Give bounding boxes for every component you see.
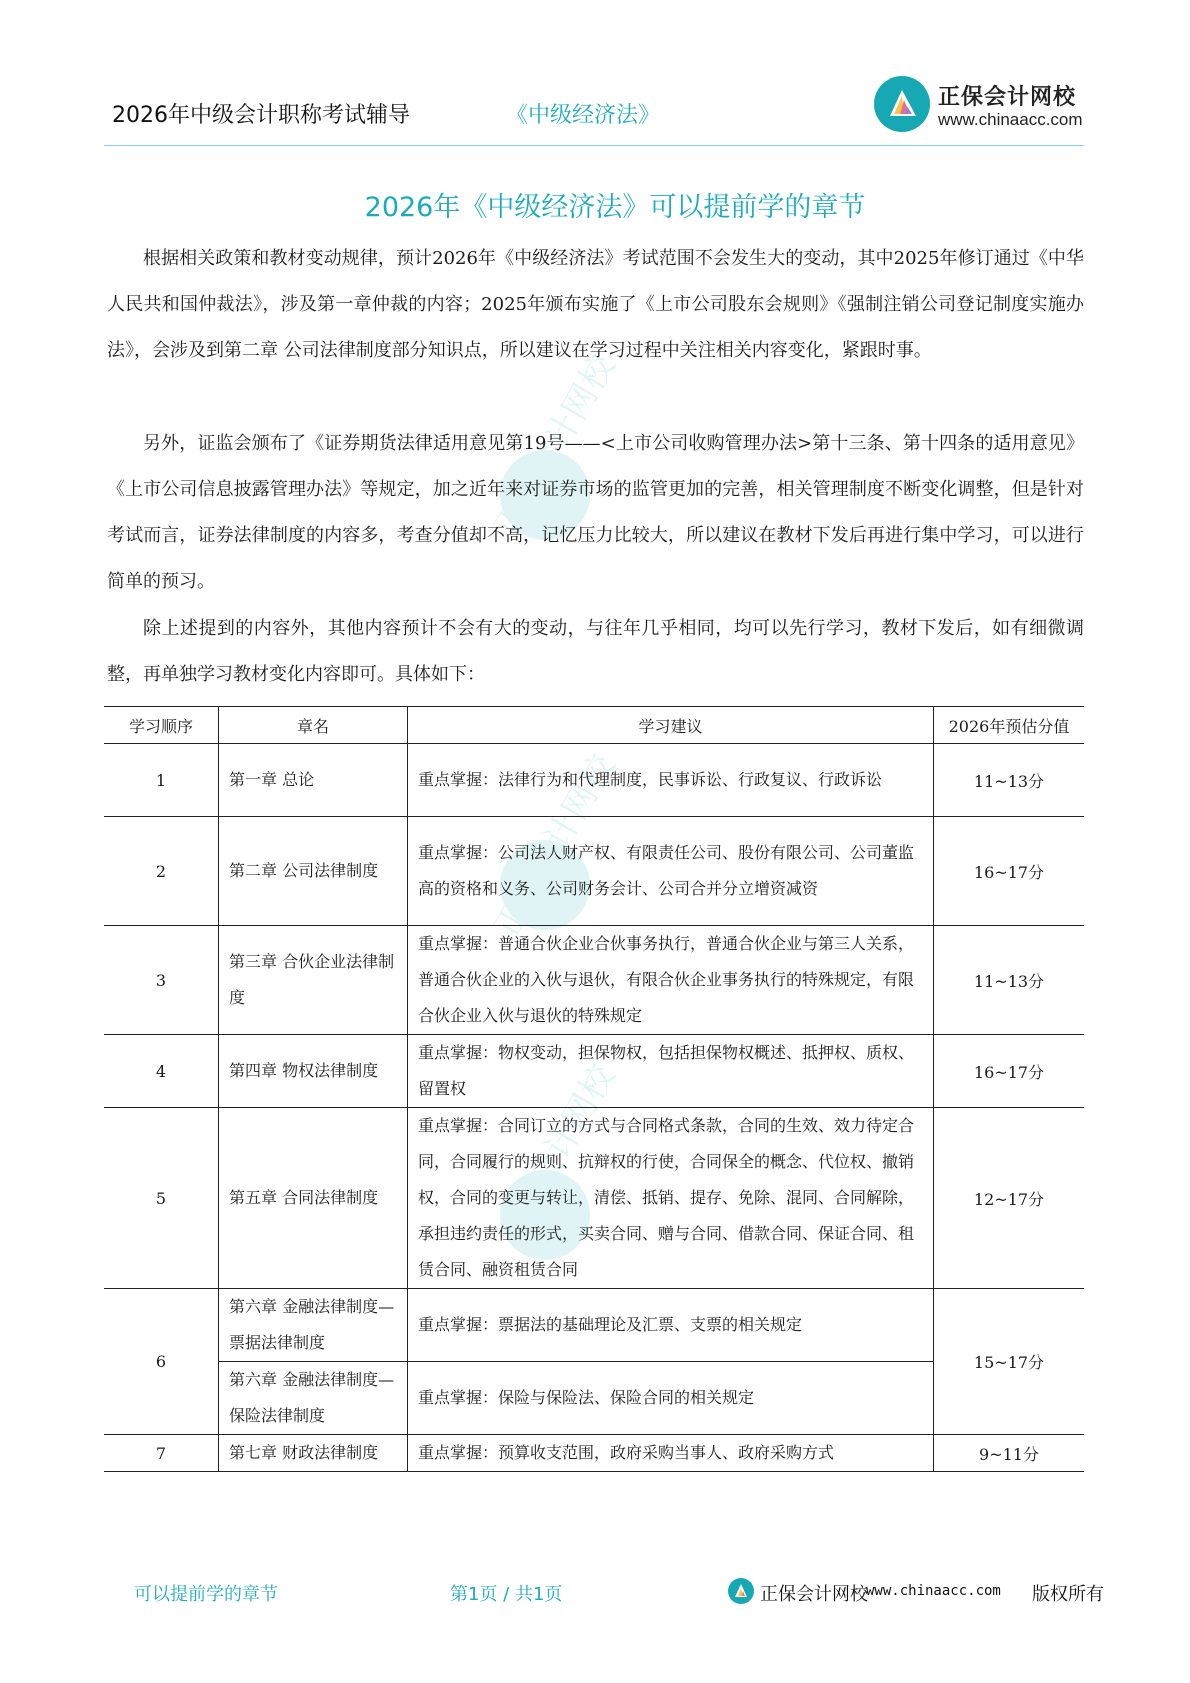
cell-advice: 重点掌握：票据法的基础理论及汇票、支票的相关规定 bbox=[408, 1289, 934, 1362]
header-divider bbox=[104, 145, 1084, 146]
cell-advice: 重点掌握：公司法人财产权、有限责任公司、股份有限公司、公司董监高的资格和义务、公… bbox=[408, 817, 934, 926]
cell-score: 11~13分 bbox=[934, 926, 1085, 1035]
cell-order: 7 bbox=[104, 1435, 219, 1472]
footer-brand: 正保会计网校 bbox=[760, 1580, 868, 1606]
logo-url: www.chinaacc.com bbox=[938, 110, 1083, 130]
document-title: 2026年《中级经济法》可以提前学的章节 bbox=[0, 185, 1190, 224]
footer-page-info: 第1页 / 共1页 bbox=[450, 1580, 562, 1606]
cell-advice: 重点掌握：物权变动，担保物权，包括担保物权概述、抵押权、质权、留置权 bbox=[408, 1035, 934, 1108]
footer-url[interactable]: www.chinaacc.com bbox=[866, 1583, 1001, 1599]
logo-brand-name: 正保会计网校 bbox=[938, 80, 1076, 111]
page-footer: 可以提前学的章节 第1页 / 共1页 正保会计网校 www.chinaacc.c… bbox=[0, 1578, 1190, 1608]
header-order: 学习顺序 bbox=[104, 707, 219, 744]
page-header: 2026年中级会计职称考试辅导 《中级经济法》 正保会计网校 www.china… bbox=[104, 70, 1082, 144]
table-row: 2 第二章 公司法律制度 重点掌握：公司法人财产权、有限责任公司、股份有限公司、… bbox=[104, 817, 1084, 926]
table-row: 6 第六章 金融法律制度—票据法律制度 重点掌握：票据法的基础理论及汇票、支票的… bbox=[104, 1289, 1084, 1362]
cell-score: 11~13分 bbox=[934, 744, 1085, 817]
cell-order: 6 bbox=[104, 1289, 219, 1435]
table-row: 3 第三章 合伙企业法律制度 重点掌握：普通合伙企业合伙事务执行，普通合伙企业与… bbox=[104, 926, 1084, 1035]
cell-advice: 重点掌握：法律行为和代理制度，民事诉讼、行政复议、行政诉讼 bbox=[408, 744, 934, 817]
cell-score: 16~17分 bbox=[934, 817, 1085, 926]
header-score: 2026年预估分值 bbox=[934, 707, 1085, 744]
cell-chapter: 第一章 总论 bbox=[219, 744, 408, 817]
cell-advice: 重点掌握：预算收支范围，政府采购当事人、政府采购方式 bbox=[408, 1435, 934, 1472]
header-chapter: 章名 bbox=[219, 707, 408, 744]
cell-advice: 重点掌握：普通合伙企业合伙事务执行，普通合伙企业与第三人关系，普通合伙企业的入伙… bbox=[408, 926, 934, 1035]
footer-copyright: 版权所有 bbox=[1032, 1580, 1104, 1606]
chinaacc-logo-icon bbox=[874, 76, 930, 132]
cell-advice: 重点掌握：合同订立的方式与合同格式条款，合同的生效、效力待定合同，合同履行的规则… bbox=[408, 1108, 934, 1289]
table-header-row: 学习顺序 章名 学习建议 2026年预估分值 bbox=[104, 707, 1084, 744]
paragraph-text: 根据相关政策和教材变动规律，预计2026年《中级经济法》考试范围不会发生大的变动… bbox=[107, 236, 1084, 374]
cell-chapter: 第二章 公司法律制度 bbox=[219, 817, 408, 926]
table-row: 5 第五章 合同法律制度 重点掌握：合同订立的方式与合同格式条款，合同的生效、效… bbox=[104, 1108, 1084, 1289]
study-plan-table: 学习顺序 章名 学习建议 2026年预估分值 1 第一章 总论 重点掌握：法律行… bbox=[104, 706, 1084, 1472]
cell-order: 1 bbox=[104, 744, 219, 817]
cell-chapter: 第六章 金融法律制度—保险法律制度 bbox=[219, 1362, 408, 1435]
table-row: 1 第一章 总论 重点掌握：法律行为和代理制度，民事诉讼、行政复议、行政诉讼 1… bbox=[104, 744, 1084, 817]
cell-advice: 重点掌握：保险与保险法、保险合同的相关规定 bbox=[408, 1362, 934, 1435]
cell-chapter: 第七章 财政法律制度 bbox=[219, 1435, 408, 1472]
header-course-title: 2026年中级会计职称考试辅导 bbox=[112, 98, 410, 129]
header-subject: 《中级经济法》 bbox=[506, 98, 660, 129]
footer-section-title: 可以提前学的章节 bbox=[134, 1580, 278, 1606]
cell-score: 16~17分 bbox=[934, 1035, 1085, 1108]
cell-chapter: 第三章 合伙企业法律制度 bbox=[219, 926, 408, 1035]
cell-score: 9~11分 bbox=[934, 1435, 1085, 1472]
cell-order: 2 bbox=[104, 817, 219, 926]
cell-order: 4 bbox=[104, 1035, 219, 1108]
table-row: 4 第四章 物权法律制度 重点掌握：物权变动，担保物权，包括担保物权概述、抵押权… bbox=[104, 1035, 1084, 1108]
intro-paragraph-1: 根据相关政策和教材变动规律，预计2026年《中级经济法》考试范围不会发生大的变动… bbox=[107, 236, 1084, 374]
cell-chapter: 第五章 合同法律制度 bbox=[219, 1108, 408, 1289]
cell-score: 15~17分 bbox=[934, 1289, 1085, 1435]
cell-score: 12~17分 bbox=[934, 1108, 1085, 1289]
chinaacc-logo-icon bbox=[728, 1578, 754, 1604]
cell-order: 3 bbox=[104, 926, 219, 1035]
paragraph-text: 除上述提到的内容外，其他内容预计不会有大的变动，与往年几乎相同，均可以先行学习，… bbox=[107, 606, 1084, 698]
cell-chapter: 第六章 金融法律制度—票据法律制度 bbox=[219, 1289, 408, 1362]
cell-order: 5 bbox=[104, 1108, 219, 1289]
cell-chapter: 第四章 物权法律制度 bbox=[219, 1035, 408, 1108]
header-advice: 学习建议 bbox=[408, 707, 934, 744]
table-row: 7 第七章 财政法律制度 重点掌握：预算收支范围，政府采购当事人、政府采购方式 … bbox=[104, 1435, 1084, 1472]
paragraph-text: 另外，证监会颁布了《证券期货法律适用意见第19号——<上市公司收购管理办法>第十… bbox=[107, 421, 1084, 605]
intro-paragraph-2: 另外，证监会颁布了《证券期货法律适用意见第19号——<上市公司收购管理办法>第十… bbox=[107, 421, 1084, 605]
intro-paragraph-3: 除上述提到的内容外，其他内容预计不会有大的变动，与往年几乎相同，均可以先行学习，… bbox=[107, 606, 1084, 698]
brand-logo[interactable]: 正保会计网校 www.chinaacc.com bbox=[866, 70, 1096, 140]
